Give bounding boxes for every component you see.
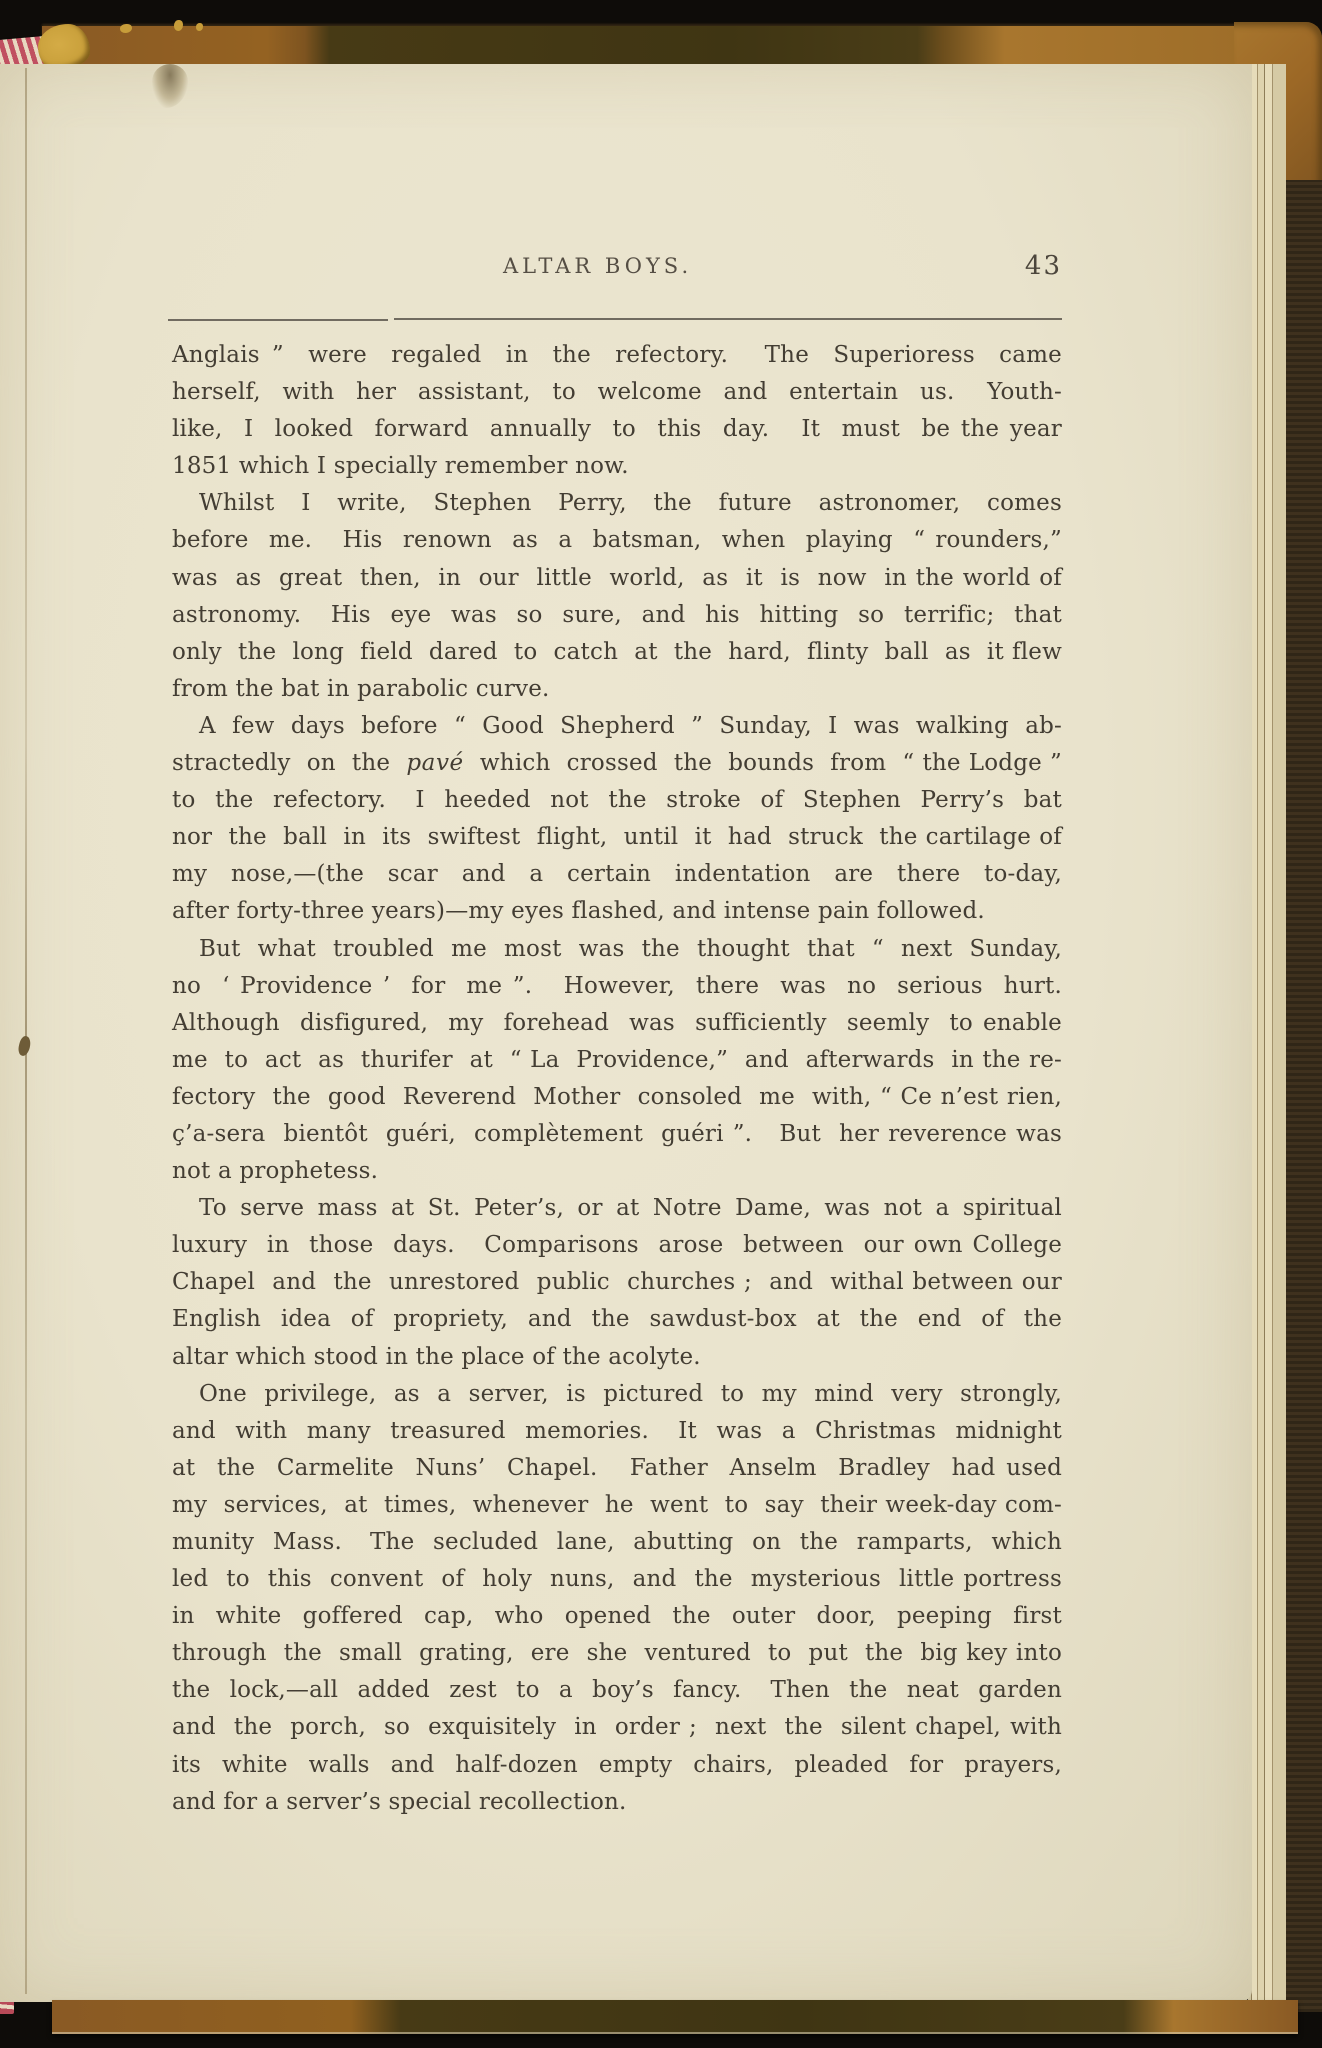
text-line: to the refectory. I heeded not the strok… <box>172 782 1062 819</box>
text-line: after forty-three years)—my eyes flashed… <box>172 893 1062 930</box>
text-line: through the small grating, ere she ventu… <box>172 1635 1062 1672</box>
text-line: my nose,—(the scar and a certain indenta… <box>172 856 1062 893</box>
text-line: only the long field dared to catch at th… <box>172 634 1062 671</box>
text-line: nor the ball in its swiftest flight, unt… <box>172 819 1062 856</box>
text-line: in white goffered cap, who opened the ou… <box>172 1598 1062 1635</box>
book-cover-right-edge <box>1283 180 1322 2012</box>
text-line: no ‘ Providence ’ for me ”. However, the… <box>172 968 1062 1005</box>
text-line: herself, with her assistant, to welcome … <box>172 374 1062 411</box>
page-text: Anglais ” were regaled in the refectory.… <box>172 337 1062 1821</box>
text-line: But what troubled me most was the though… <box>172 931 1062 968</box>
text-line: and for a server’s special recollection. <box>172 1784 1062 1821</box>
text-line: and the porch, so exquisitely in order ;… <box>172 1709 1062 1746</box>
screenshot-root: { "book_page": { "running_header": { "ti… <box>0 0 1322 2048</box>
text-line: One privilege, as a server, is pictured … <box>172 1376 1062 1413</box>
text-line: at the Carmelite Nuns’ Chapel. Father An… <box>172 1450 1062 1487</box>
text-line: To serve mass at St. Peter’s, or at Notr… <box>172 1190 1062 1227</box>
text-line: like, I looked forward annually to this … <box>172 411 1062 448</box>
text-line: my services, at times, whenever he went … <box>172 1487 1062 1524</box>
text-line: Although disfigured, my forehead was suf… <box>172 1005 1062 1042</box>
text-line: not a prophetess. <box>172 1153 1062 1190</box>
text-line: altar which stood in the place of the ac… <box>172 1339 1062 1376</box>
text-line: me to act as thurifer at “ La Providence… <box>172 1042 1062 1079</box>
text-line: A few days before “ Good Shepherd ” Sund… <box>172 708 1062 745</box>
text-line: stractedly on the pavé which crossed the… <box>172 745 1062 782</box>
fore-edge-page-stack <box>1248 64 1286 2002</box>
header-rule-right <box>394 318 1062 320</box>
text-line: English idea of propriety, and the sawdu… <box>172 1301 1062 1338</box>
text-line: the lock,—all added zest to a boy’s fanc… <box>172 1672 1062 1709</box>
text-line: fectory the good Reverend Mother console… <box>172 1079 1062 1116</box>
text-line: before me. His renown as a batsman, when… <box>172 522 1062 559</box>
text-line: and with many treasured memories. It was… <box>172 1413 1062 1450</box>
page-number: 43 <box>1025 251 1062 281</box>
text-line: 1851 which I specially remember now. <box>172 448 1062 485</box>
header-rule-left <box>168 319 388 321</box>
text-line: Anglais ” were regaled in the refectory.… <box>172 337 1062 374</box>
text-line: luxury in those days. Comparisons arose … <box>172 1227 1062 1264</box>
text-line: ç’a-sera bientôt guéri, complètement gué… <box>172 1116 1062 1153</box>
binding-crease <box>25 68 27 1994</box>
text-line: astronomy. His eye was so sure, and his … <box>172 597 1062 634</box>
text-line: from the bat in parabolic curve. <box>172 671 1062 708</box>
text-line: led to this convent of holy nuns, and th… <box>172 1561 1062 1598</box>
book-cover-bottom-edge <box>52 2000 1298 2034</box>
text-line: munity Mass. The secluded lane, abutting… <box>172 1524 1062 1561</box>
text-line: its white walls and half-dozen empty cha… <box>172 1747 1062 1784</box>
text-line: was as great then, in our little world, … <box>172 560 1062 597</box>
ink-stain <box>152 64 188 108</box>
binding-thread-knot <box>17 1035 33 1057</box>
text-line: Whilst I write, Stephen Perry, the futur… <box>172 485 1062 522</box>
text-line: Chapel and the unrestored public churche… <box>172 1264 1062 1301</box>
running-header-title: ALTAR BOYS. <box>503 254 692 278</box>
